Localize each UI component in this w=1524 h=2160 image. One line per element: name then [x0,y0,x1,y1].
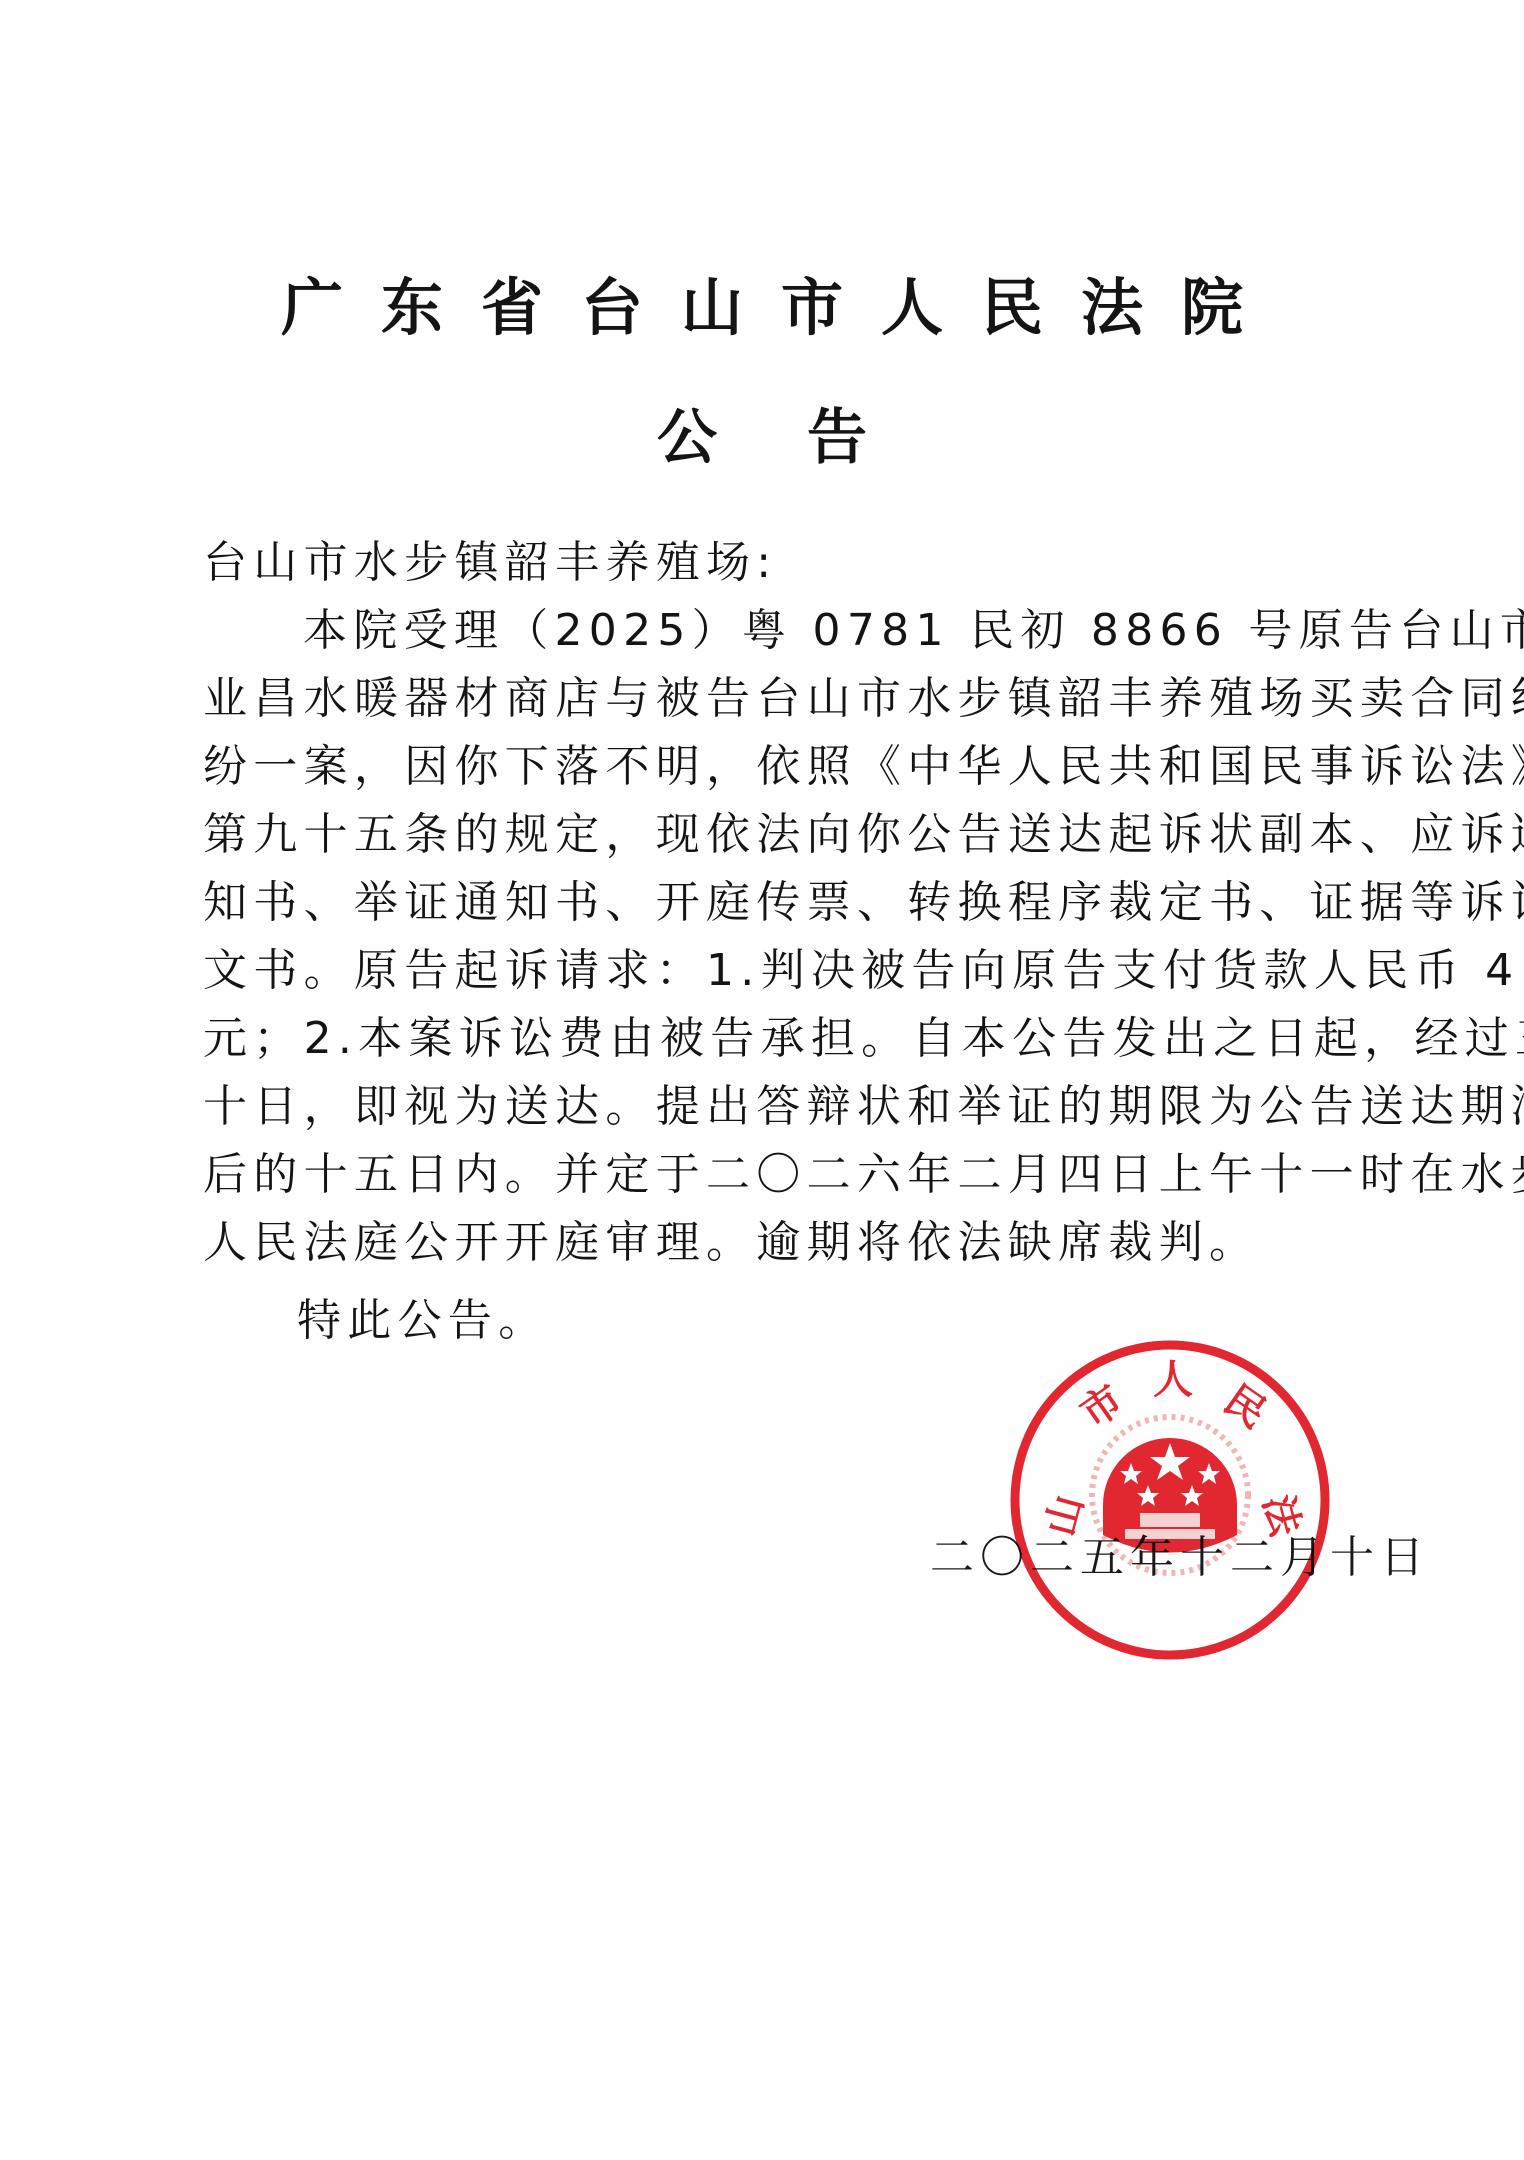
body-line: 第九十五条的规定，现依法向你公告送达起诉状副本、应诉通 [203,807,1383,875]
svg-text:法: 法 [1254,1490,1309,1542]
body-line: 人民法庭公开开庭审理。逾期将依法缺席裁判。 [203,1215,1383,1283]
notice-body: 台山市水步镇韶丰养殖场: 本院受理（2025）粤 0781 民初 8866 号原… [203,535,1383,1361]
body-line: 文书。原告起诉请求：1.判决被告向原告支付货款人民币 4123 [203,943,1383,1011]
body-line: 纷一案，因你下落不明，依照《中华人民共和国民事诉讼法》 [203,739,1383,807]
svg-text:山: 山 [1038,1490,1093,1541]
svg-text:人: 人 [1153,1357,1193,1403]
body-line: 后的十五日内。并定于二〇二六年二月四日上午十一时在水步 [203,1147,1383,1215]
svg-text:市: 市 [1072,1377,1131,1438]
svg-text:民: 民 [1215,1377,1274,1438]
body-line: 元；2.本案诉讼费由被告承担。自本公告发出之日起，经过三 [203,1011,1383,1079]
court-seal-icon: 山 市 人 民 法 [1005,1335,1335,1665]
addressee: 台山市水步镇韶丰养殖场: [203,535,1383,603]
body-line: 知书、举证通知书、开庭传票、转换程序裁定书、证据等诉讼 [203,875,1383,943]
notice-page: 广东省台山市人民法院 公告 台山市水步镇韶丰养殖场: 本院受理（2025）粤 0… [0,0,1524,2160]
court-name-heading: 广东省台山市人民法院 [0,268,1524,348]
notice-title: 公告 [0,398,1524,478]
body-line: 本院受理（2025）粤 0781 民初 8866 号原告台山市水步镇 [203,603,1383,671]
national-emblem-icon [1092,1417,1248,1573]
body-line: 业昌水暖器材商店与被告台山市水步镇韶丰养殖场买卖合同纠 [203,671,1383,739]
body-line: 十日，即视为送达。提出答辩状和举证的期限为公告送达期满 [203,1079,1383,1147]
